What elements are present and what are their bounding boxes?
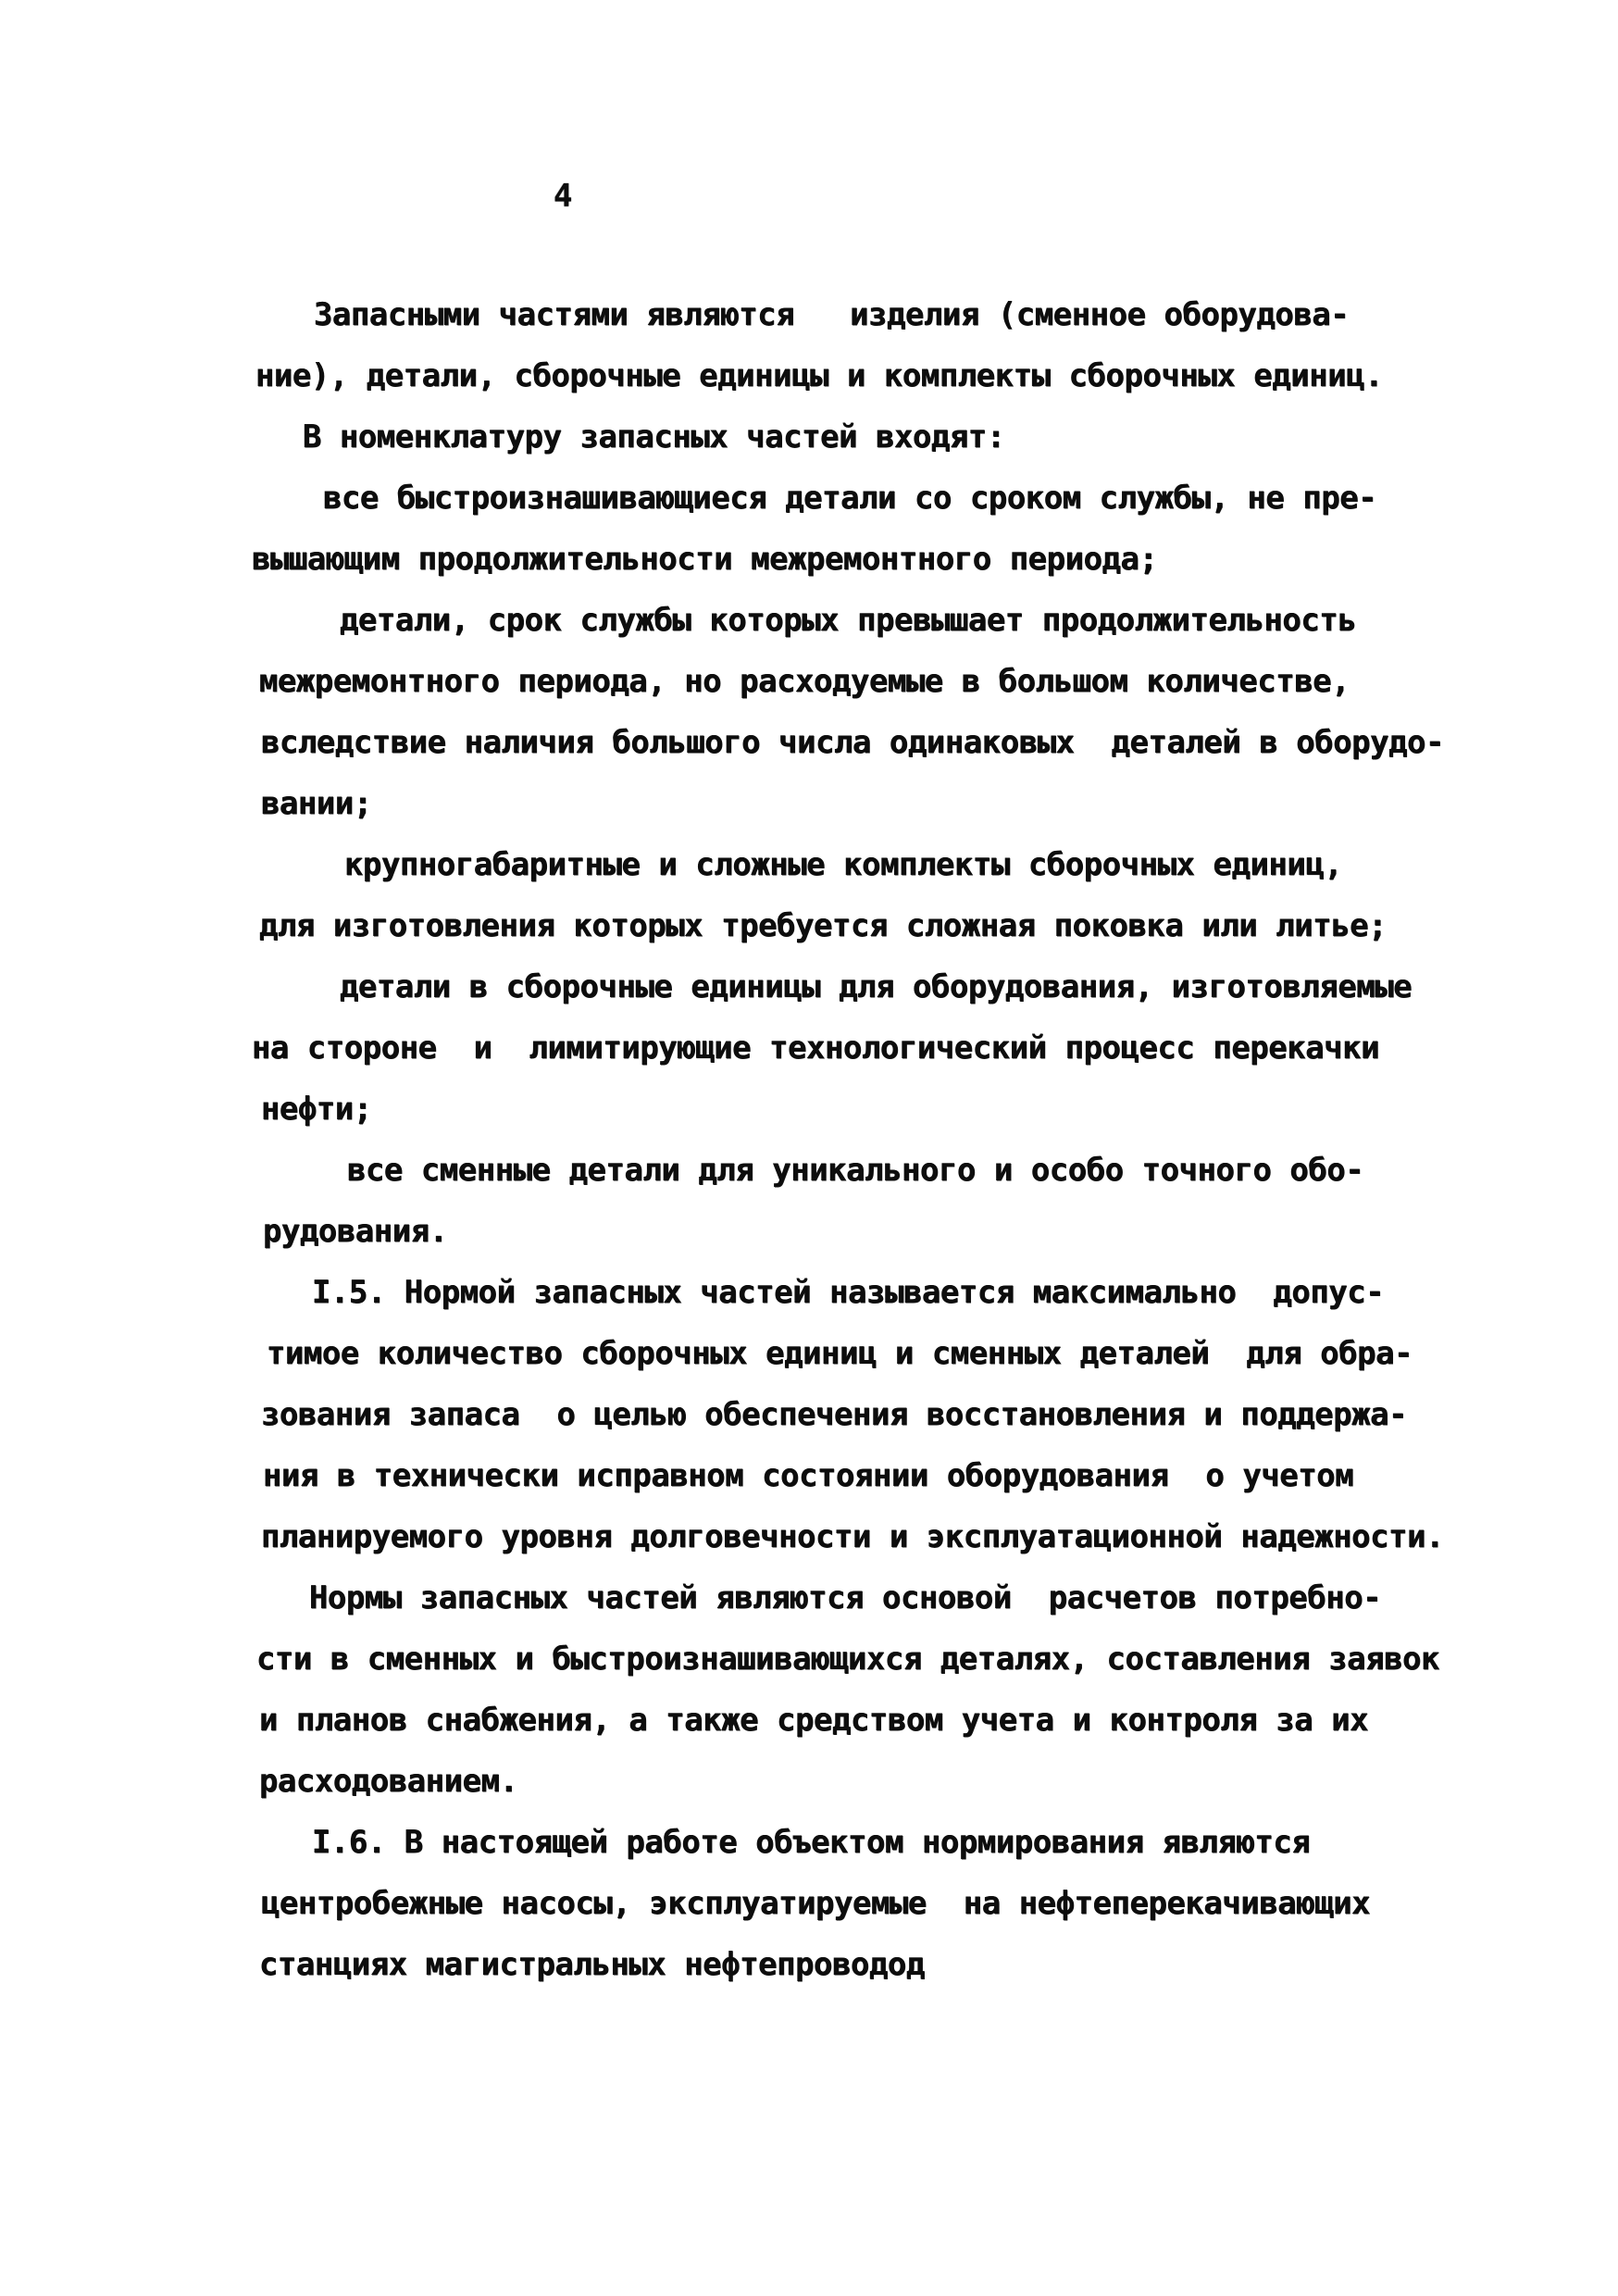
document-page: 4 Запасными частями являются изделия (см… xyxy=(0,0,1618,2296)
text-line: вышающим продолжительности межремонтного… xyxy=(252,529,1548,590)
text-line: вследствие наличия большого числа одинак… xyxy=(252,712,1548,773)
text-line: все быстроизнашивающиеся детали со сроко… xyxy=(252,468,1548,529)
text-line: нефти; xyxy=(252,1079,1548,1140)
text-line: вании; xyxy=(252,773,1548,834)
text-line: зования запаса о целью обеспечения восст… xyxy=(252,1384,1548,1445)
text-line: планируемого уровня долговечности и эксп… xyxy=(252,1506,1548,1567)
text-line: все сменные детали для уникального и осо… xyxy=(252,1140,1548,1201)
text-line: на стороне и лимитирующие технологически… xyxy=(252,1017,1548,1079)
text-line: рудования. xyxy=(252,1201,1548,1262)
text-line: Нормы запасных частей являются основой р… xyxy=(252,1567,1548,1628)
text-line: В номенклатуру запасных частей входят: xyxy=(252,406,1548,468)
text-line: крупногабаритные и сложные комплекты сбо… xyxy=(252,834,1548,895)
text-line: ние), детали, сборочные единицы и компле… xyxy=(252,345,1548,406)
text-line: центробежные насосы, эксплуатируемые на … xyxy=(252,1873,1548,1934)
text-line: станциях магистральных нефтепроводод xyxy=(252,1934,1548,1995)
page-number: 4 xyxy=(554,178,572,215)
text-line: I.5. Нормой запасных частей называется м… xyxy=(252,1262,1548,1323)
text-line: расходованием. xyxy=(252,1751,1548,1812)
text-line: ния в технически исправном состоянии обо… xyxy=(252,1445,1548,1506)
text-line: межремонтного периода, но расходуемые в … xyxy=(252,651,1548,712)
text-line: для изготовления которых требуется сложн… xyxy=(252,895,1548,956)
text-line: Запасными частями являются изделия (смен… xyxy=(252,284,1548,345)
text-line: сти в сменных и быстроизнашивающихся дет… xyxy=(252,1628,1548,1690)
text-line: детали, срок службы которых превышает пр… xyxy=(252,590,1548,651)
text-line: детали в сборочные единицы для оборудова… xyxy=(252,956,1548,1017)
text-block: Запасными частями являются изделия (смен… xyxy=(252,284,1548,1995)
text-line: и планов снабжения, а также средством уч… xyxy=(252,1690,1548,1751)
text-line: I.6. В настоящей работе объектом нормиро… xyxy=(252,1812,1548,1873)
text-line: тимое количество сборочных единиц и смен… xyxy=(252,1323,1548,1384)
